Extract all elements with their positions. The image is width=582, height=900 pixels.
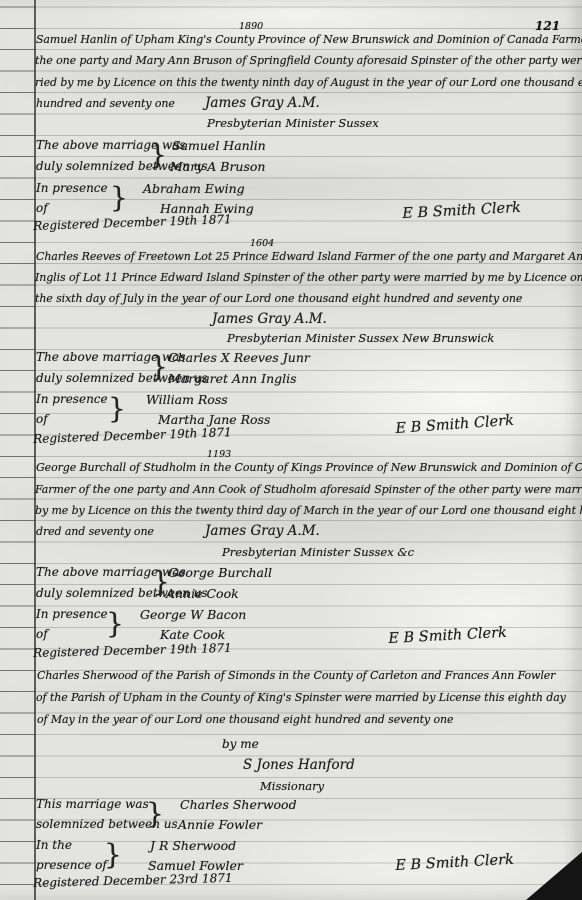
- record-line: by me by Licence on this the twenty thir…: [35, 504, 582, 517]
- byline: by me: [222, 737, 259, 751]
- attestation-label: In presence: [36, 607, 108, 621]
- witness-signature: J R Sherwood: [150, 838, 236, 853]
- attestation-label: of: [36, 627, 48, 641]
- officiant-signature: S Jones Hanford: [243, 757, 355, 773]
- record-line: the one party and Mary Ann Bruson of Spr…: [35, 54, 582, 67]
- groom-signature: Samuel Hanlin: [172, 138, 266, 153]
- groom-signature: Charles X Reeves Junr: [168, 350, 310, 365]
- witness-signature: Abraham Ewing: [143, 181, 245, 196]
- register-page: 121 1890 Samuel Hanlin of Upham King's C…: [0, 0, 582, 900]
- margin-line: [34, 0, 36, 900]
- record-line: Samuel Hanlin of Upham King's County Pro…: [36, 33, 582, 46]
- attestation-label: In presence: [36, 181, 108, 195]
- insert-number: 1604: [250, 238, 274, 249]
- record-line: hundred and seventy one: [36, 97, 175, 110]
- ruled-lines-left-margin: [0, 0, 35, 900]
- record-line: Inglis of Lot 11 Prince Edward Island Sp…: [35, 271, 582, 284]
- attestation-label: presence of: [36, 858, 107, 872]
- attestation-label: of: [36, 412, 48, 426]
- groom-signature: George Burchall: [168, 565, 272, 580]
- officiant-signature: James Gray A.M.: [205, 95, 320, 111]
- officiant-title: Presbyterian Minister Sussex New Brunswi…: [227, 331, 494, 345]
- attestation-label: of: [36, 201, 48, 215]
- brace-glyph: }: [149, 134, 167, 176]
- witness-signature: Kate Cook: [160, 627, 225, 642]
- record-line: the sixth day of July in the year of our…: [35, 292, 522, 305]
- officiant-title: Missionary: [260, 779, 324, 793]
- record-line: of May in the year of our Lord one thous…: [37, 713, 453, 726]
- bride-signature: Mary A Bruson: [170, 159, 265, 174]
- record-line: of the Parish of Upham in the County of …: [36, 691, 566, 704]
- record-line: dred and seventy one: [36, 525, 154, 538]
- brace-glyph: }: [146, 793, 164, 835]
- witness-signature: William Ross: [146, 392, 228, 407]
- brace-glyph: }: [106, 603, 124, 645]
- witness-signature: George W Bacon: [140, 607, 246, 622]
- attestation-label: In the: [36, 838, 72, 852]
- officiant-signature: James Gray A.M.: [212, 311, 327, 327]
- officiant-title: Presbyterian Minister Sussex: [207, 116, 379, 130]
- record-line: Charles Reeves of Freetown Lot 25 Prince…: [36, 250, 582, 263]
- brace-glyph: }: [108, 388, 126, 430]
- record-line: George Burchall of Studholm in the Count…: [36, 461, 582, 474]
- page-number: 121: [535, 19, 560, 33]
- attestation-label: This marriage was: [36, 797, 149, 811]
- brace-glyph: }: [150, 346, 168, 388]
- record-line: Charles Sherwood of the Parish of Simond…: [37, 669, 555, 682]
- officiant-title: Presbyterian Minister Sussex &c: [222, 545, 414, 559]
- groom-signature: Charles Sherwood: [180, 797, 297, 812]
- record-line: ried by me by Licence on this the twenty…: [35, 76, 582, 89]
- brace-glyph: }: [104, 834, 122, 876]
- insert-number: 1193: [207, 449, 231, 460]
- insert-number: 1890: [239, 21, 263, 32]
- record-line: Farmer of the one party and Ann Cook of …: [35, 483, 582, 496]
- bride-signature: Annie Fowler: [178, 817, 262, 832]
- bride-signature: Margaret Ann Inglis: [168, 371, 297, 386]
- officiant-signature: James Gray A.M.: [205, 523, 320, 539]
- bride-signature: Annie Cook: [166, 586, 239, 601]
- attestation-label: In presence: [36, 392, 108, 406]
- brace-glyph: }: [110, 177, 128, 219]
